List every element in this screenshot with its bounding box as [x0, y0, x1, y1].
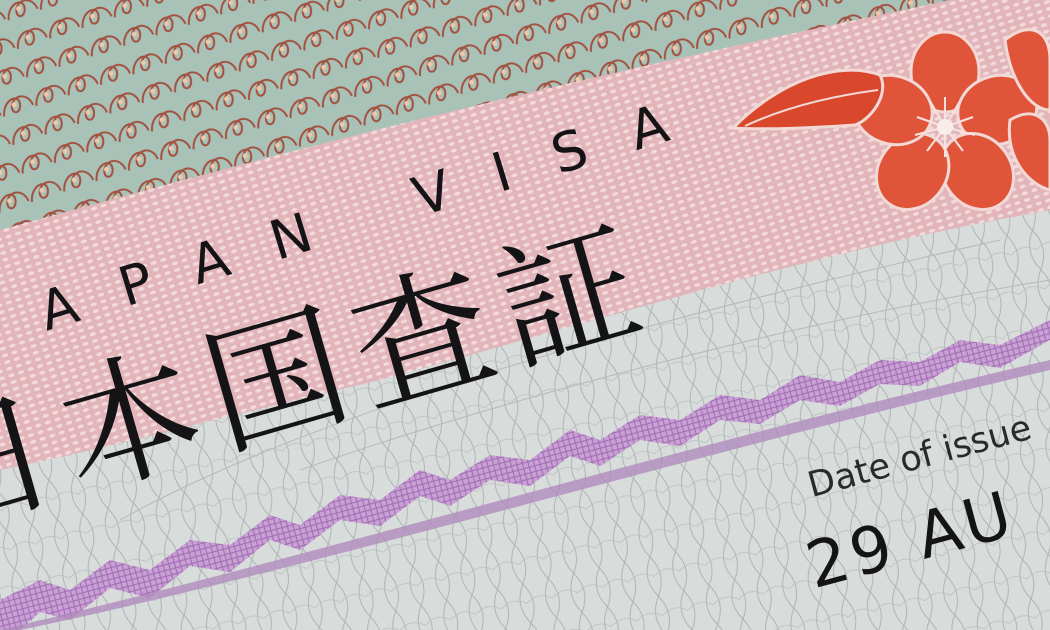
visa-photo: JAPAN VISA 日本国査証 Date of issue 29 AU	[0, 0, 1050, 630]
